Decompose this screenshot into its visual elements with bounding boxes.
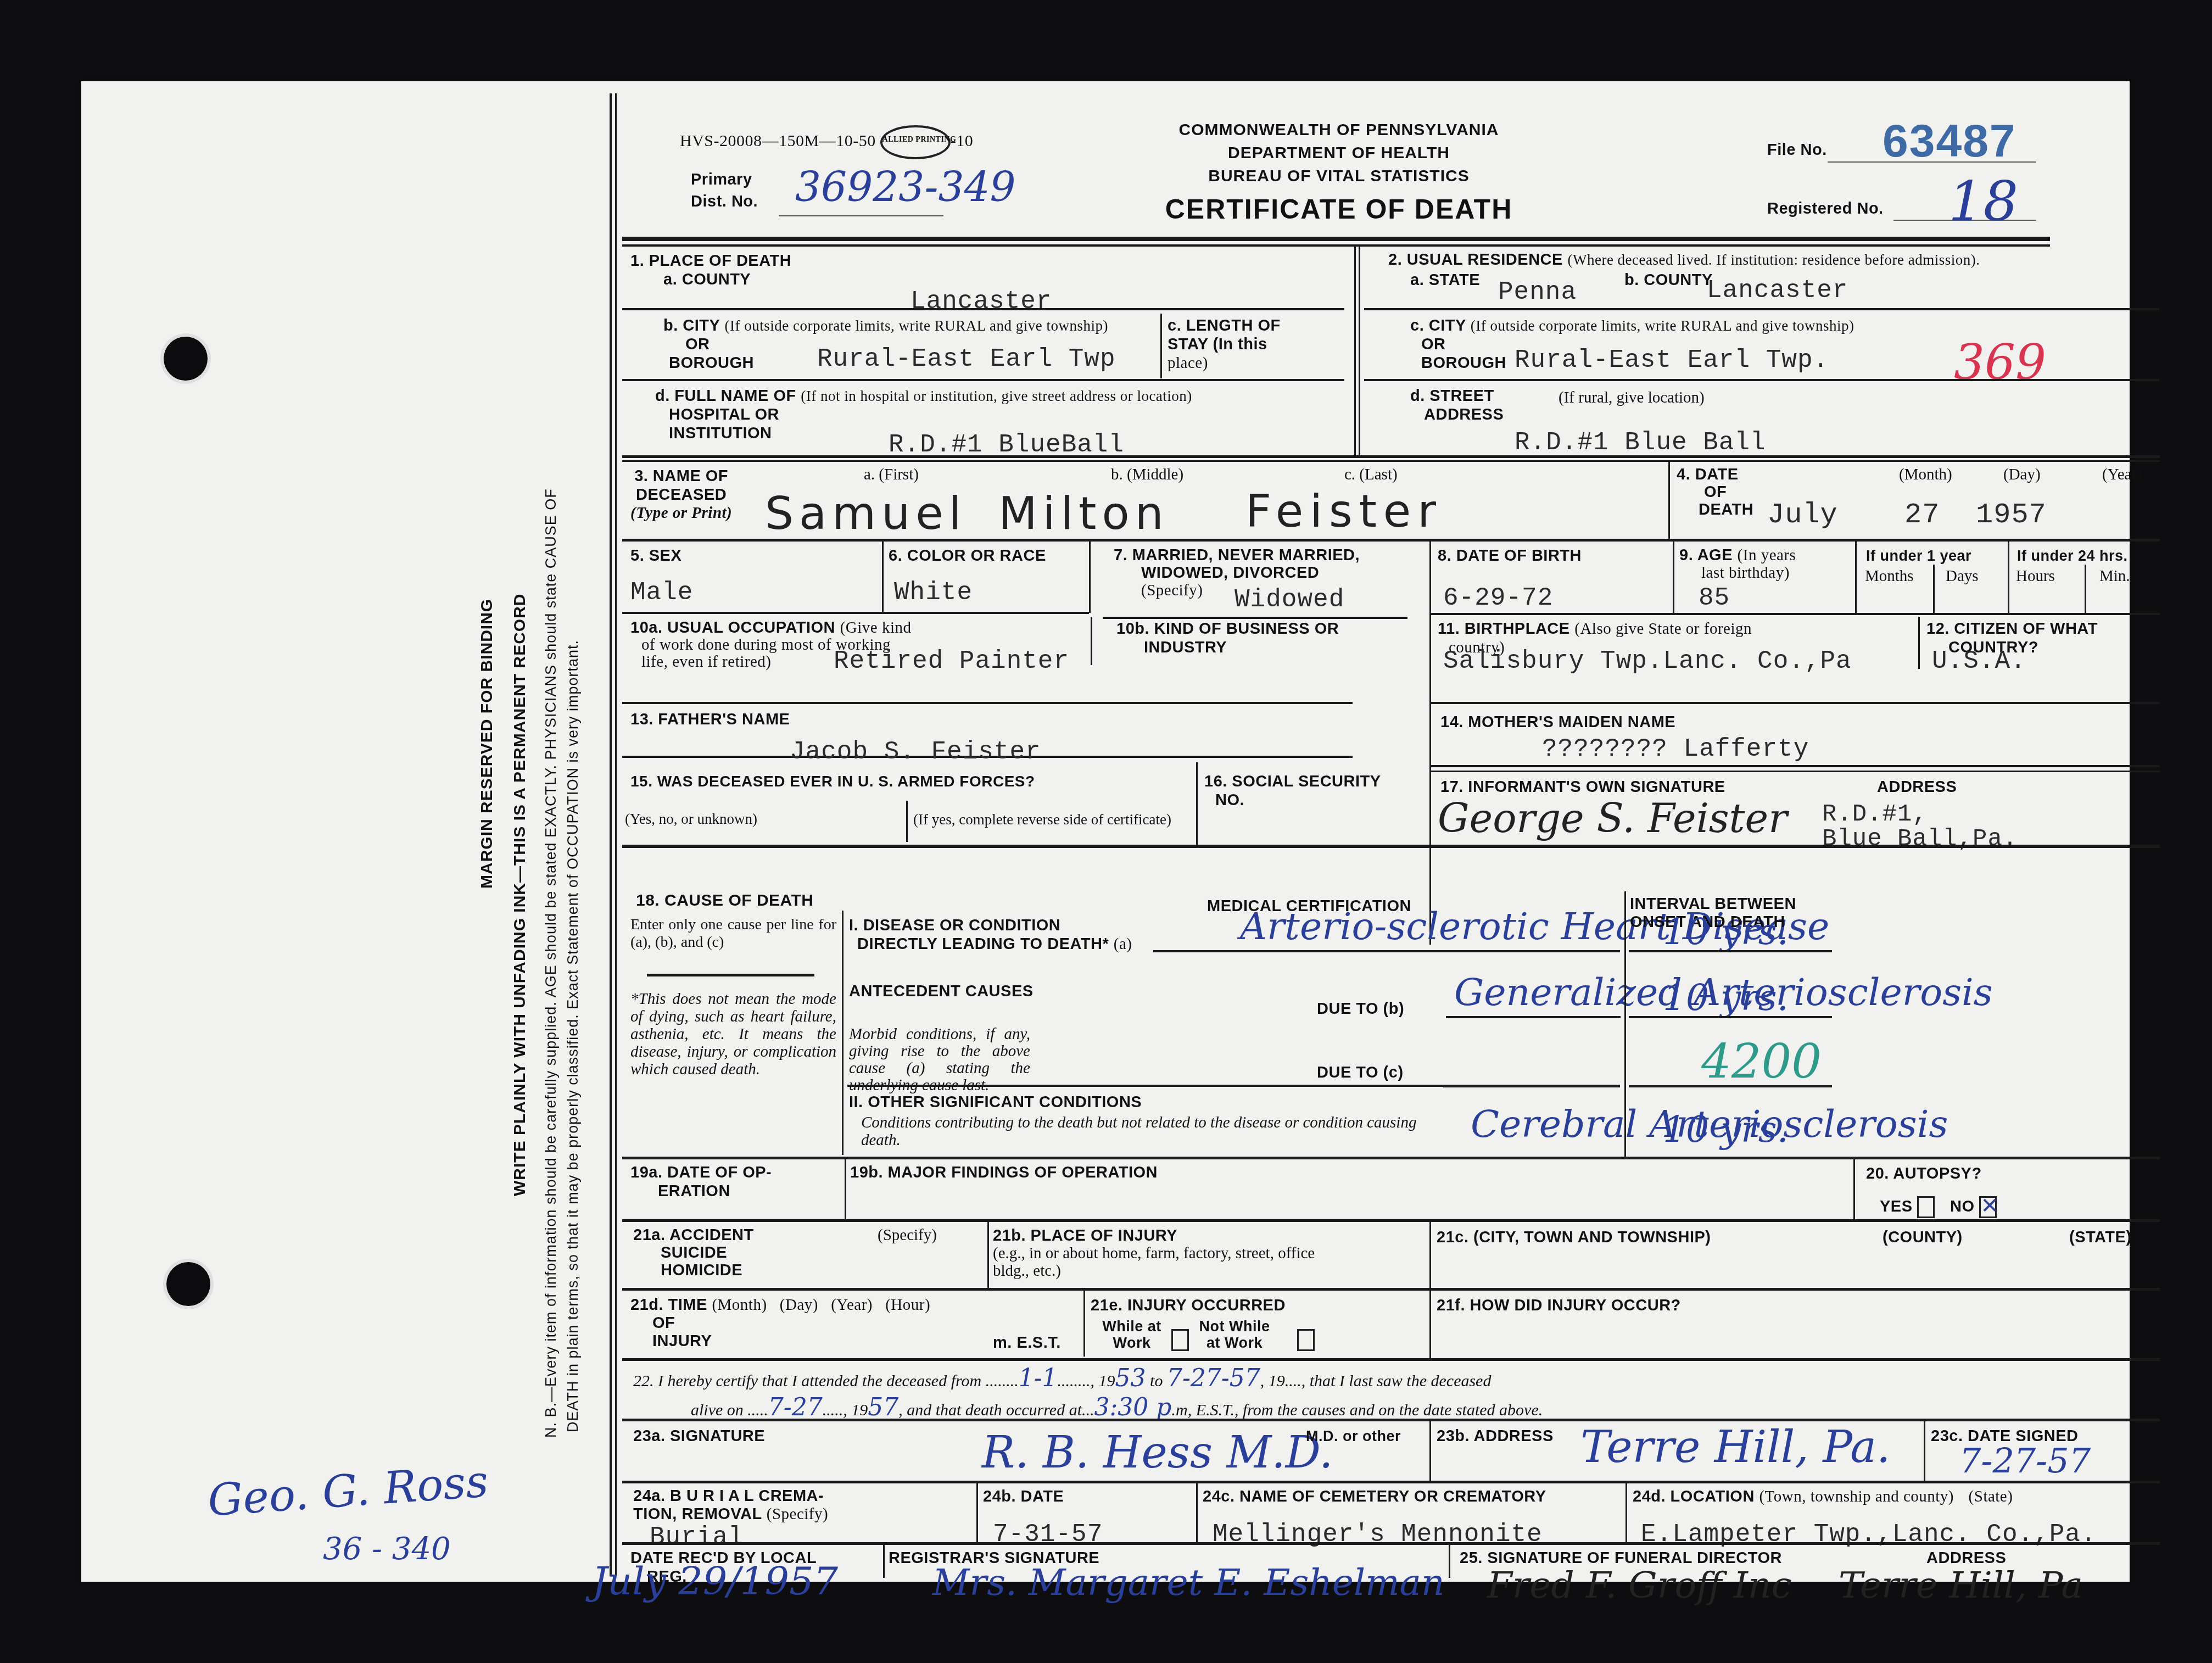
cause-instruction: Enter only one cause per line for (a), (… [630,916,836,951]
autopsy-no-checkbox[interactable]: ✕ [1979,1196,1997,1218]
punch-hole [166,1262,210,1306]
father-name-value[interactable]: Jacob S. Feister [790,738,1041,766]
header-line: BUREAU OF VITAL STATISTICS [1064,167,1613,186]
other-conditions-label: II. OTHER SIGNIFICANT CONDITIONS [849,1093,1142,1112]
divider [1196,762,1198,845]
divider [906,801,908,842]
row-rule [1429,765,2160,767]
row-rule [1364,379,2159,381]
injury-county-label: (COUNTY) [1883,1228,1963,1247]
form-border-left [615,93,617,1576]
due-to-b-label: DUE TO (b) [1317,1000,1404,1018]
disposition-label: 24a. B U R I A L CREMA- TION, REMOVAL (S… [633,1487,828,1524]
hours-label: Hours [2016,567,2055,585]
interval-b[interactable]: 10 yrs. [1663,976,1789,1019]
interval-a[interactable]: 10 yrs. [1663,911,1789,953]
burial-date-label: 24b. DATE [983,1487,1064,1506]
margin-ink-note: WRITE PLAINLY WITH UNFADING INK—THIS IS … [511,594,529,1196]
page-title: CERTIFICATE OF DEATH [1064,193,1613,225]
registrar-signature[interactable]: Mrs. Margaret E. Eshelman [932,1561,1444,1604]
divider [1160,314,1162,378]
divider [1668,462,1670,539]
deceased-middle-name[interactable]: Milton [998,488,1169,540]
certification-line-1: 22. I hereby certify that I attended the… [633,1369,1491,1390]
under-24-hrs-label: If under 24 hrs. [2017,546,2128,565]
informant-address-label: ADDRESS [1877,778,1957,796]
est-label: m. E.S.T. [993,1333,1061,1352]
business-label: 10b. KIND OF BUSINESS OR INDUSTRY [1116,620,1339,657]
divider [1091,617,1092,665]
divider [1624,891,1626,1158]
cause-footnote: *This does not mean the mode of dying, s… [630,990,836,1078]
days-label: Days [1946,567,1979,585]
divider [2085,565,2086,613]
mother-name-label: 14. MOTHER'S MAIDEN NAME [1440,713,1675,732]
date-received-value[interactable]: July 29/1957 [592,1559,838,1604]
divider [2008,542,2009,613]
race-value[interactable]: White [894,578,973,607]
operation-findings-label: 19b. MAJOR FINDINGS OF OPERATION [850,1163,1158,1182]
divider [1359,247,1360,457]
morbid-conditions-instr: Morbid conditions, if any, giving rise t… [849,1026,1030,1094]
form-border-left [610,93,612,1576]
date-of-birth-label: 8. DATE OF BIRTH [1438,546,1582,565]
primary-dist-label: Primary Dist. No. [691,170,758,211]
part1-label: I. DISEASE OR CONDITION DIRECTLY LEADING… [849,916,1132,953]
residence-state-label: a. STATE [1410,271,1480,289]
due-to-c-label: DUE TO (c) [1317,1063,1404,1082]
cause-code: 4200 [1701,1034,1822,1089]
armed-forces-instr-2: (If yes, complete reverse side of certif… [913,811,1188,828]
row-rule [622,1481,2160,1483]
divider [1089,542,1091,613]
min-label: Min. [2099,567,2130,585]
age-label: 9. AGE (In years last birthday) [1679,546,1796,582]
while-at-work-label: While at Work [1091,1318,1173,1351]
residence-state[interactable]: Penna [1498,278,1577,306]
divider [1855,542,1857,613]
divider [1626,1483,1627,1544]
burial-location-label: 24d. LOCATION (Town, township and county… [1633,1487,2013,1506]
header-rule [622,244,2050,247]
margin-binding-note: MARGIN RESERVED FOR BINDING [478,599,496,889]
autopsy-label: 20. AUTOPSY? [1866,1164,1982,1183]
divider [1853,1159,1855,1220]
row-rule [622,1542,2160,1545]
row-rule [1429,702,2160,704]
other-conditions-instr: Conditions contributing to the death but… [861,1114,1438,1149]
injury-time-label: 21d. TIME (Month) (Day) (Year) (Hour) OF… [630,1296,930,1351]
armed-forces-label: 15. WAS DECEASED EVER IN U. S. ARMED FOR… [630,772,1035,791]
while-at-work-checkbox[interactable] [1171,1329,1189,1351]
row-rule [1629,950,1832,952]
divider [1924,1421,1925,1481]
footnote-rule [647,974,814,976]
year-label: (Year) [2102,466,2142,484]
funeral-address-value[interactable]: Terre Hill, Pa [1839,1564,2083,1606]
occupation-value[interactable]: Retired Painter [834,647,1069,676]
row-rule [1153,950,1620,952]
divider [842,911,844,1155]
cause-of-death-label: 18. CAUSE OF DEATH [636,891,814,910]
registered-no-value: 18 [1948,169,2018,233]
divider [1429,615,1431,945]
injury-place-instr: (e.g., in or about home, farm, factory, … [993,1245,1328,1280]
residence-county-label: b. COUNTY [1624,271,1713,289]
header-line: DEPARTMENT OF HEALTH [1064,144,1613,163]
punch-hole [164,337,208,381]
disposition-value[interactable]: Burial [650,1523,744,1552]
residence-county[interactable]: Lancaster [1707,276,1848,305]
row-rule [622,845,2160,848]
deceased-last-name[interactable]: Feister [1245,485,1443,538]
injury-state-label: (STATE) [2069,1228,2132,1247]
armed-forces-instr-1: (Yes, no, or unknown) [625,811,757,828]
margin-nb-note-2: DEATH in plain terms, so that it may be … [565,640,582,1432]
row-rule [622,612,1089,614]
row-rule [1429,771,2160,772]
date-signed-value[interactable]: 7-27-57 [1959,1441,2091,1481]
physician-signature-label: 23a. SIGNATURE [633,1427,765,1446]
row-rule [622,539,2160,542]
divider [1673,542,1674,613]
row-rule [622,379,1344,381]
primary-dist-value: 36923-349 [795,164,1016,211]
certification-line-2: alive on .....7-27....., 1957, and that … [691,1398,1543,1419]
informant-address-1[interactable]: R.D.#1, [1822,801,1928,828]
residence-street-label: d. STREET ADDRESS [1410,387,1504,424]
date-of-birth-value[interactable]: 6-29-72 [1443,584,1553,612]
father-name-label: 13. FATHER'S NAME [630,710,790,729]
form-id: HVS-20008—150M—10-50 ALLIED PRINTING-10 [680,125,973,159]
row-rule [1429,613,2160,615]
divider [882,542,884,612]
marital-status-value[interactable]: Widowed [1235,585,1344,614]
union-seal-icon: ALLIED PRINTING [880,125,951,159]
divider [845,1159,846,1220]
row-rule [622,1157,2160,1159]
residence-street-instr: (If rural, give location) [1559,389,1705,407]
row-rule [1629,1016,1832,1018]
divider [1429,542,1431,613]
margin-handwritten-number: 36 - 340 [323,1531,451,1567]
certificate-paper: MARGIN RESERVED FOR BINDING WRITE PLAINL… [81,81,2130,1582]
row-rule [1629,1085,1832,1087]
death-year[interactable]: 1957 [1976,499,2047,531]
margin-handwritten-name: Geo. G. Ross [206,1455,490,1526]
mother-name-value[interactable]: ???????? Lafferty [1542,735,1809,763]
cemetery-label: 24c. NAME OF CEMETERY OR CREMATORY [1203,1487,1546,1506]
injury-occurred-label: 21e. INJURY OCCURRED [1091,1296,1286,1315]
residence-code: 369 [1954,334,2046,390]
length-of-stay-label: c. LENGTH OF STAY (In this place) [1168,316,1281,372]
divider [1429,1421,1431,1481]
row-rule [1446,1016,1621,1018]
injury-type-label: 21a. ACCIDENT SUICIDE HOMICIDE [633,1226,754,1279]
funeral-director-signature[interactable]: Fred F. Groff Inc [1487,1564,1791,1606]
header-rule [622,237,2050,241]
row-rule [1103,617,1407,619]
row-rule [622,460,2160,462]
divider [1083,1291,1085,1357]
physician-signature[interactable]: R. B. Hess M.D. [982,1427,1333,1478]
place-of-death-city[interactable]: Rural-East Earl Twp [817,345,1116,373]
middle-name-label: b. (Middle) [1111,466,1183,484]
day-label: (Day) [2003,466,2041,484]
registered-no-label: Registered No. [1767,199,1884,218]
informant-address-2[interactable]: Blue Ball,Pa. [1822,825,2018,853]
informant-label: 17. INFORMANT'S OWN SIGNATURE [1440,778,1725,796]
autopsy-yes-checkbox[interactable] [1917,1196,1935,1218]
row-rule [622,308,1344,310]
place-of-death-label: 1. PLACE OF DEATH a. COUNTY [630,252,791,289]
row-rule [622,1358,2160,1361]
deceased-first-name[interactable]: Samuel [765,488,967,540]
death-day[interactable]: 27 [1904,499,1940,531]
row-rule [622,1419,2160,1421]
injury-place-label: 21b. PLACE OF INJURY [993,1226,1177,1245]
last-name-label: c. (Last) [1344,466,1398,484]
how-injury-label: 21f. HOW DID INJURY OCCUR? [1437,1296,1681,1315]
divider [987,1222,989,1288]
divider [1933,565,1935,613]
usual-residence-label: 2. USUAL RESIDENCE (Where deceased lived… [1388,250,1980,269]
date-of-death-label: 4. DATE OF DEATH [1677,466,1753,518]
header-line: COMMONWEALTH OF PENNSYLVANIA [1064,121,1613,139]
not-while-at-work-checkbox[interactable] [1297,1329,1315,1351]
month-label: (Month) [1899,466,1952,484]
row-rule [622,1219,2160,1222]
place-of-death-county[interactable]: Lancaster [911,287,1052,316]
divider [976,1483,978,1544]
ssn-label: 16. SOCIAL SECURITY NO. [1204,772,1381,810]
sex-value[interactable]: Male [630,578,693,607]
age-value[interactable]: 85 [1699,584,1730,612]
row-rule [847,1085,1620,1087]
autopsy-options: YES NO✕ [1880,1196,2001,1218]
sex-label: 5. SEX [630,546,682,565]
margin-nb-note-1: N. B.—Every item of information should b… [543,488,560,1438]
row-rule [622,455,2160,458]
file-no-value: 63487 [1883,114,2017,168]
race-label: 6. COLOR OR RACE [889,546,1046,565]
death-month[interactable]: July [1767,499,1838,531]
issuer-header: COMMONWEALTH OF PENNSYLVANIA DEPARTMENT … [1064,121,1613,225]
deceased-name-label: 3. NAME OF DECEASED (Type or Print) [630,467,732,522]
file-no-label: File No. [1767,141,1827,159]
md-or-other-label: M.D. or other [1306,1427,1401,1446]
injury-city-label: 21c. (CITY, TOWN AND TOWNSHIP) [1437,1228,1711,1247]
physician-address-label: 23b. ADDRESS [1437,1427,1554,1446]
under-1-year-label: If under 1 year [1866,546,1971,565]
divider [883,1545,885,1578]
row-rule [622,1288,2160,1291]
residence-city[interactable]: Rural-East Earl Twp. [1515,346,1829,375]
first-name-label: a. (First) [864,466,919,484]
divider [1354,247,1356,457]
primary-dist-rule [779,215,943,216]
physician-address[interactable]: Terre Hill, Pa. [1580,1421,1891,1472]
divider [1918,617,1920,669]
birthplace-value[interactable]: Salisbury Twp.Lanc. Co.,Pa [1443,647,1852,676]
months-label: Months [1865,567,1914,585]
informant-signature[interactable]: George S. Feister [1438,795,1788,841]
operation-date-label: 19a. DATE OF OP- ERATION [630,1163,772,1201]
row-rule [1364,308,2159,310]
residence-street[interactable]: R.D.#1 Blue Ball [1515,428,1766,457]
citizenship-value[interactable]: U.S.A. [1932,647,2026,676]
divider [1449,1545,1450,1578]
injury-specify-label: (Specify) [878,1226,937,1245]
divider [1196,1483,1198,1544]
interval-other[interactable]: 10 yrs. [1663,1108,1789,1151]
antecedent-causes-label: ANTECEDENT CAUSES [849,982,1034,1001]
not-while-at-work-label: Not While at Work [1193,1318,1276,1351]
row-rule [622,702,1353,704]
